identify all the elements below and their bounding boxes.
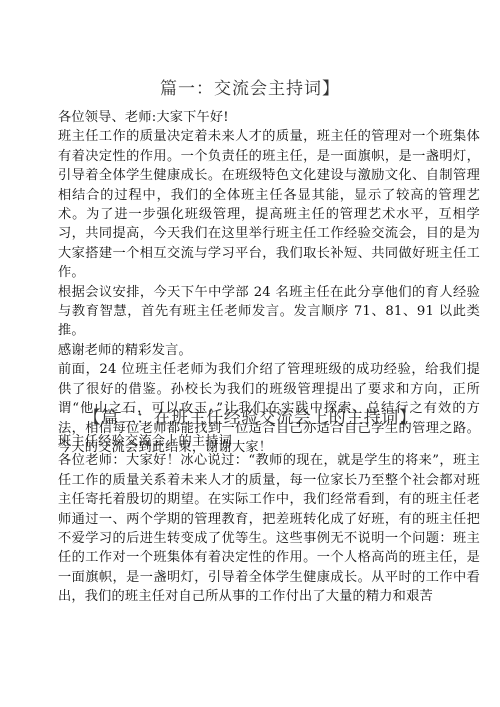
agenda-paragraph: 根据会议安排，今天下午中学部 24 名班主任在此分享他们的育人经验与教育智慧，首…	[58, 283, 480, 341]
thanks-paragraph: 感谢老师的精彩发言。	[58, 341, 480, 360]
section2-heading: 【篇二：在班主任经验交流会上的主持词】	[0, 403, 500, 428]
document-page: 篇一：交流会主持词】 各位领导、老师:大家下午好! 班主任工作的质量决定着未来人…	[0, 0, 500, 707]
greeting-paragraph: 各位领导、老师:大家下午好!	[58, 108, 480, 127]
body-paragraph: 各位老师：大家好！冰心说过：“教师的现在，就是学生的将来”，班主任工作的质量关系…	[58, 451, 480, 606]
section1-heading: 篇一：交流会主持词】	[0, 74, 500, 99]
section2-body: 班主任经验交流会上的主持词 各位老师：大家好！冰心说过：“教师的现在，就是学生的…	[58, 432, 480, 607]
subtitle-paragraph: 班主任经验交流会上的主持词	[58, 432, 480, 451]
intro-paragraph: 班主任工作的质量决定着未来人才的质量，班主任的管理对一个班集体有着决定性的作用。…	[58, 127, 480, 282]
